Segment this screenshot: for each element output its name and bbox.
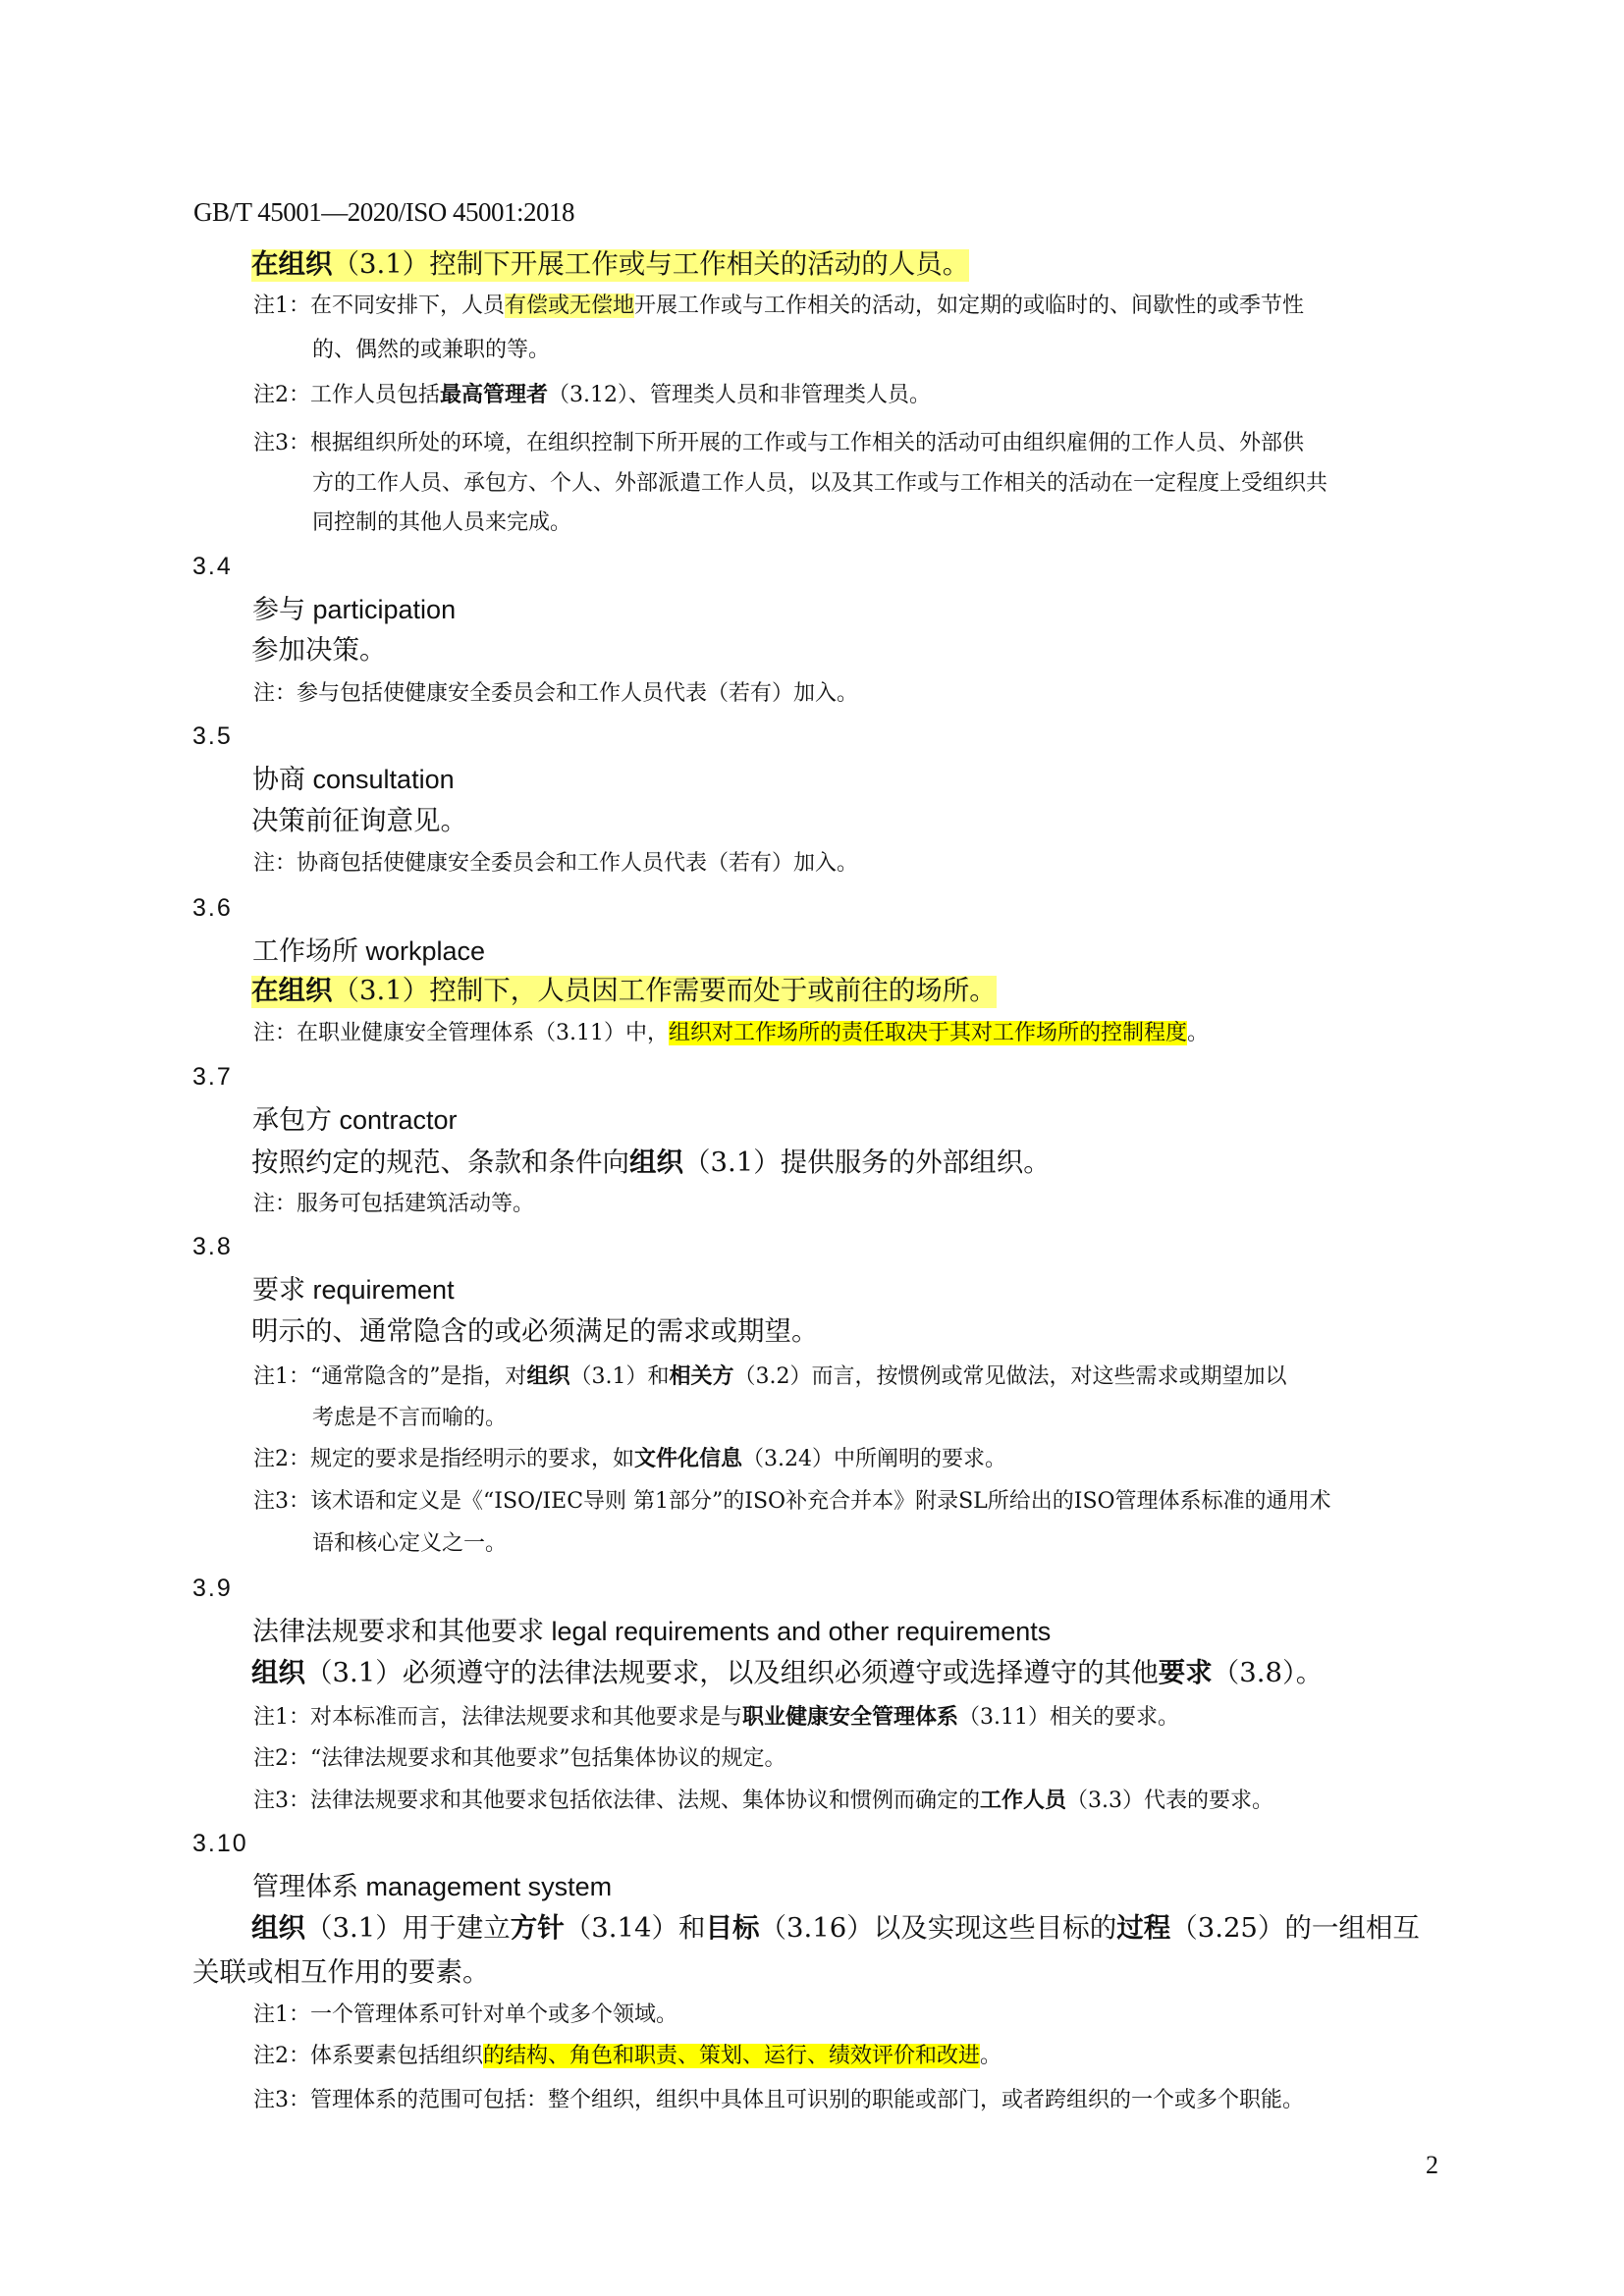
bold-term: 相关方: [670, 1364, 734, 1389]
entry-number-3-10: 3.10: [192, 1832, 248, 1856]
entry-number-3-5: 3.5: [192, 724, 233, 749]
entry-number-3-8: 3.8: [192, 1235, 233, 1259]
term-3-8: 要求 requirement: [252, 1277, 455, 1304]
highlighted-text: 有偿或无偿地: [505, 294, 634, 318]
note-3-9-1: 注1：对本标准而言，法律法规要求和其他要求是与职业健康安全管理体系（3.11）相…: [253, 1707, 1179, 1729]
bold-term: 方针: [511, 1912, 565, 1944]
note-text: 对本标准而言，法律法规要求和其他要求是与: [310, 1705, 742, 1730]
note-3-4: 注：参与包括使健康安全委员会和工作人员代表（若有）加入。: [253, 683, 858, 705]
entry-number-3-9: 3.9: [192, 1576, 233, 1601]
definition-text: （3.8）。: [1213, 1657, 1323, 1688]
note-text: （3.3）代表的要求。: [1066, 1789, 1273, 1813]
note-3-3-3-cont1: 方的工作人员、承包方、个人、外部派遣工作人员，以及其工作或与工作相关的活动在一定…: [312, 473, 1327, 495]
note-label: 注2：: [253, 1746, 310, 1771]
term-3-10: 管理体系 management system: [252, 1874, 612, 1900]
note-3-10-3: 注3：管理体系的范围可包括：整个组织，组织中具体且可识别的职能或部门，或者跨组织…: [253, 2090, 1304, 2111]
highlighted-text: 组织对工作场所的责任取决于其对工作场所的控制程度: [669, 1021, 1187, 1045]
note-text: （3.24）中所阐明的要求。: [742, 1447, 1006, 1471]
definition-3-5: 决策前征询意见。: [251, 808, 467, 835]
note-label: 注2：: [253, 383, 310, 407]
note-text: 管理体系的范围可包括：整个组织，组织中具体且可识别的职能或部门，或者跨组织的一个…: [310, 2088, 1304, 2112]
bold-term: 过程: [1116, 1912, 1170, 1944]
term-3-5: 协商 consultation: [252, 767, 455, 793]
note-label: 注1：: [253, 1364, 310, 1389]
definition-text: （3.1）控制下开展工作或与工作相关的活动的人员。: [333, 248, 970, 280]
bold-term: 在组织: [251, 248, 333, 280]
note-text: 开展工作或与工作相关的活动，如定期的或临时的、间歇性的或季节性: [634, 294, 1304, 318]
note-text: （3.12）、管理类人员和非管理类人员。: [548, 383, 931, 407]
note-text: （3.1）和: [570, 1364, 670, 1389]
note-3-8-1: 注1：“通常隐含的”是指，对组织（3.1）和相关方（3.2）而言，按惯例或常见做…: [253, 1366, 1287, 1388]
note-3-3-2: 注2：工作人员包括最高管理者（3.12）、管理类人员和非管理类人员。: [253, 385, 931, 406]
definition-text: 按照约定的规范、条款和条件向: [251, 1147, 629, 1178]
bold-term: 组织: [629, 1147, 683, 1178]
definition-text: （3.1）控制下，人员因工作需要而处于或前往的场所。: [333, 975, 997, 1006]
highlighted-text: 的结构、角色和职责、策划、运行、绩效评价和改进: [483, 2044, 980, 2068]
bold-term: 文件化信息: [634, 1447, 742, 1471]
entry-number-3-6: 3.6: [192, 896, 233, 921]
note-text: 在不同安排下，人员: [310, 294, 505, 318]
bold-term: 组织: [251, 1912, 305, 1944]
note-label: 注1：: [253, 294, 310, 318]
note-3-5: 注：协商包括使健康安全委员会和工作人员代表（若有）加入。: [253, 853, 858, 875]
definition-text: （3.25）的一组相互: [1170, 1912, 1420, 1944]
note-label: 注2：: [253, 1447, 310, 1471]
definition-3-10: 组织（3.1）用于建立方针（3.14）和目标（3.16）以及实现这些目标的过程（…: [251, 1915, 1420, 1943]
note-3-3-3-cont2: 同控制的其他人员来完成。: [312, 512, 571, 534]
note-text: 规定的要求是指经明示的要求，如: [310, 1447, 634, 1471]
note-text: 体系要素包括组织: [310, 2044, 483, 2068]
note-label: 注3：: [253, 2088, 310, 2112]
note-text: “法律法规要求和其他要求”包括集体协议的规定。: [310, 1746, 786, 1771]
definition-3-9: 组织（3.1）必须遵守的法律法规要求，以及组织必须遵守或选择遵守的其他要求（3.…: [251, 1660, 1323, 1687]
term-3-9: 法律法规要求和其他要求 legal requirements and other…: [252, 1619, 1051, 1645]
note-3-8-3: 注3：该术语和定义是《“ISO/IEC导则 第1部分”的ISO补充合并本》附录S…: [253, 1491, 1331, 1513]
note-3-8-2: 注2：规定的要求是指经明示的要求，如文件化信息（3.24）中所阐明的要求。: [253, 1449, 1006, 1470]
bold-term: 在组织: [251, 975, 333, 1006]
note-label: 注2：: [253, 2044, 310, 2068]
note-3-9-2: 注2：“法律法规要求和其他要求”包括集体协议的规定。: [253, 1748, 786, 1770]
definition-3-4: 参加决策。: [251, 637, 387, 665]
note-label: 注3：: [253, 431, 310, 455]
definition-text: （3.1）用于建立: [305, 1912, 511, 1944]
note-3-10-1: 注1：一个管理体系可针对单个或多个领域。: [253, 2004, 677, 2026]
bold-term: 目标: [705, 1912, 759, 1944]
note-label: 注3：: [253, 1489, 310, 1514]
note-text: 法律法规要求和其他要求包括依法律、法规、集体协议和惯例而确定的: [310, 1789, 980, 1813]
term-3-7: 承包方 contractor: [252, 1107, 458, 1134]
definition-3-8: 明示的、通常隐含的或必须满足的需求或期望。: [251, 1318, 819, 1346]
note-3-7: 注：服务可包括建筑活动等。: [253, 1194, 534, 1215]
bold-term: 最高管理者: [440, 383, 548, 407]
note-text: （3.2）而言，按惯例或常见做法，对这些需求或期望加以: [734, 1364, 1287, 1389]
note-text: 。: [1187, 1021, 1209, 1045]
bold-term: 组织: [251, 1657, 305, 1688]
note-3-6: 注：在职业健康安全管理体系（3.11）中，组织对工作场所的责任取决于其对工作场所…: [253, 1023, 1209, 1044]
note-text: 该术语和定义是《“ISO/IEC导则 第1部分”的ISO补充合并本》附录SL所给…: [310, 1489, 1331, 1514]
bold-term: 要求: [1159, 1657, 1213, 1688]
term-3-6: 工作场所 workplace: [252, 938, 485, 965]
note-3-9-3: 注3：法律法规要求和其他要求包括依法律、法规、集体协议和惯例而确定的工作人员（3…: [253, 1790, 1273, 1812]
definition-3-7: 按照约定的规范、条款和条件向组织（3.1）提供服务的外部组织。: [251, 1149, 1051, 1177]
bold-term: 组织: [527, 1364, 570, 1389]
entry-number-3-7: 3.7: [192, 1065, 233, 1090]
note-label: 注1：: [253, 2002, 310, 2027]
entry-number-3-4: 3.4: [192, 555, 233, 579]
note-text: 一个管理体系可针对单个或多个领域。: [310, 2002, 677, 2027]
note-text: 注：在职业健康安全管理体系（3.11）中，: [253, 1021, 669, 1045]
bold-term: 工作人员: [980, 1789, 1066, 1813]
definition-3-6: 在组织（3.1）控制下，人员因工作需要而处于或前往的场所。: [251, 976, 997, 1008]
definition-3-3: 在组织（3.1）控制下开展工作或与工作相关的活动的人员。: [251, 249, 969, 282]
note-3-3-1: 注1：在不同安排下，人员有偿或无偿地开展工作或与工作相关的活动，如定期的或临时的…: [253, 295, 1304, 317]
definition-3-10-wrap: 关联或相互作用的要素。: [192, 1959, 490, 1987]
document-page: GB/T 45001—2020/ISO 45001:2018 在组织（3.1）控…: [0, 0, 1624, 2296]
standard-header: GB/T 45001—2020/ISO 45001:2018: [193, 199, 574, 226]
note-3-8-1-cont: 考虑是不言而喻的。: [312, 1408, 507, 1429]
note-text: “通常隐含的”是指，对: [310, 1364, 527, 1389]
note-3-8-3-cont: 语和核心定义之一。: [312, 1533, 507, 1555]
note-text: 。: [980, 2044, 1001, 2068]
note-3-3-3: 注3：根据组织所处的环境，在组织控制下所开展的工作或与工作相关的活动可由组织雇佣…: [253, 433, 1304, 454]
definition-text: （3.14）和: [565, 1912, 706, 1944]
note-text: （3.11）相关的要求。: [958, 1705, 1179, 1730]
term-3-4: 参与 participation: [252, 597, 456, 623]
definition-text: （3.16）以及实现这些目标的: [759, 1912, 1116, 1944]
page-number: 2: [1426, 2153, 1438, 2178]
note-3-10-2: 注2：体系要素包括组织的结构、角色和职责、策划、运行、绩效评价和改进。: [253, 2046, 1001, 2067]
note-text: 根据组织所处的环境，在组织控制下所开展的工作或与工作相关的活动可由组织雇佣的工作…: [310, 431, 1304, 455]
note-3-3-1-cont: 的、偶然的或兼职的等。: [312, 340, 550, 361]
bold-term: 职业健康安全管理体系: [742, 1705, 958, 1730]
note-text: 工作人员包括: [310, 383, 440, 407]
note-label: 注1：: [253, 1705, 310, 1730]
definition-text: （3.1）必须遵守的法律法规要求，以及组织必须遵守或选择遵守的其他: [305, 1657, 1159, 1688]
definition-text: （3.1）提供服务的外部组织。: [683, 1147, 1051, 1178]
note-label: 注3：: [253, 1789, 310, 1813]
